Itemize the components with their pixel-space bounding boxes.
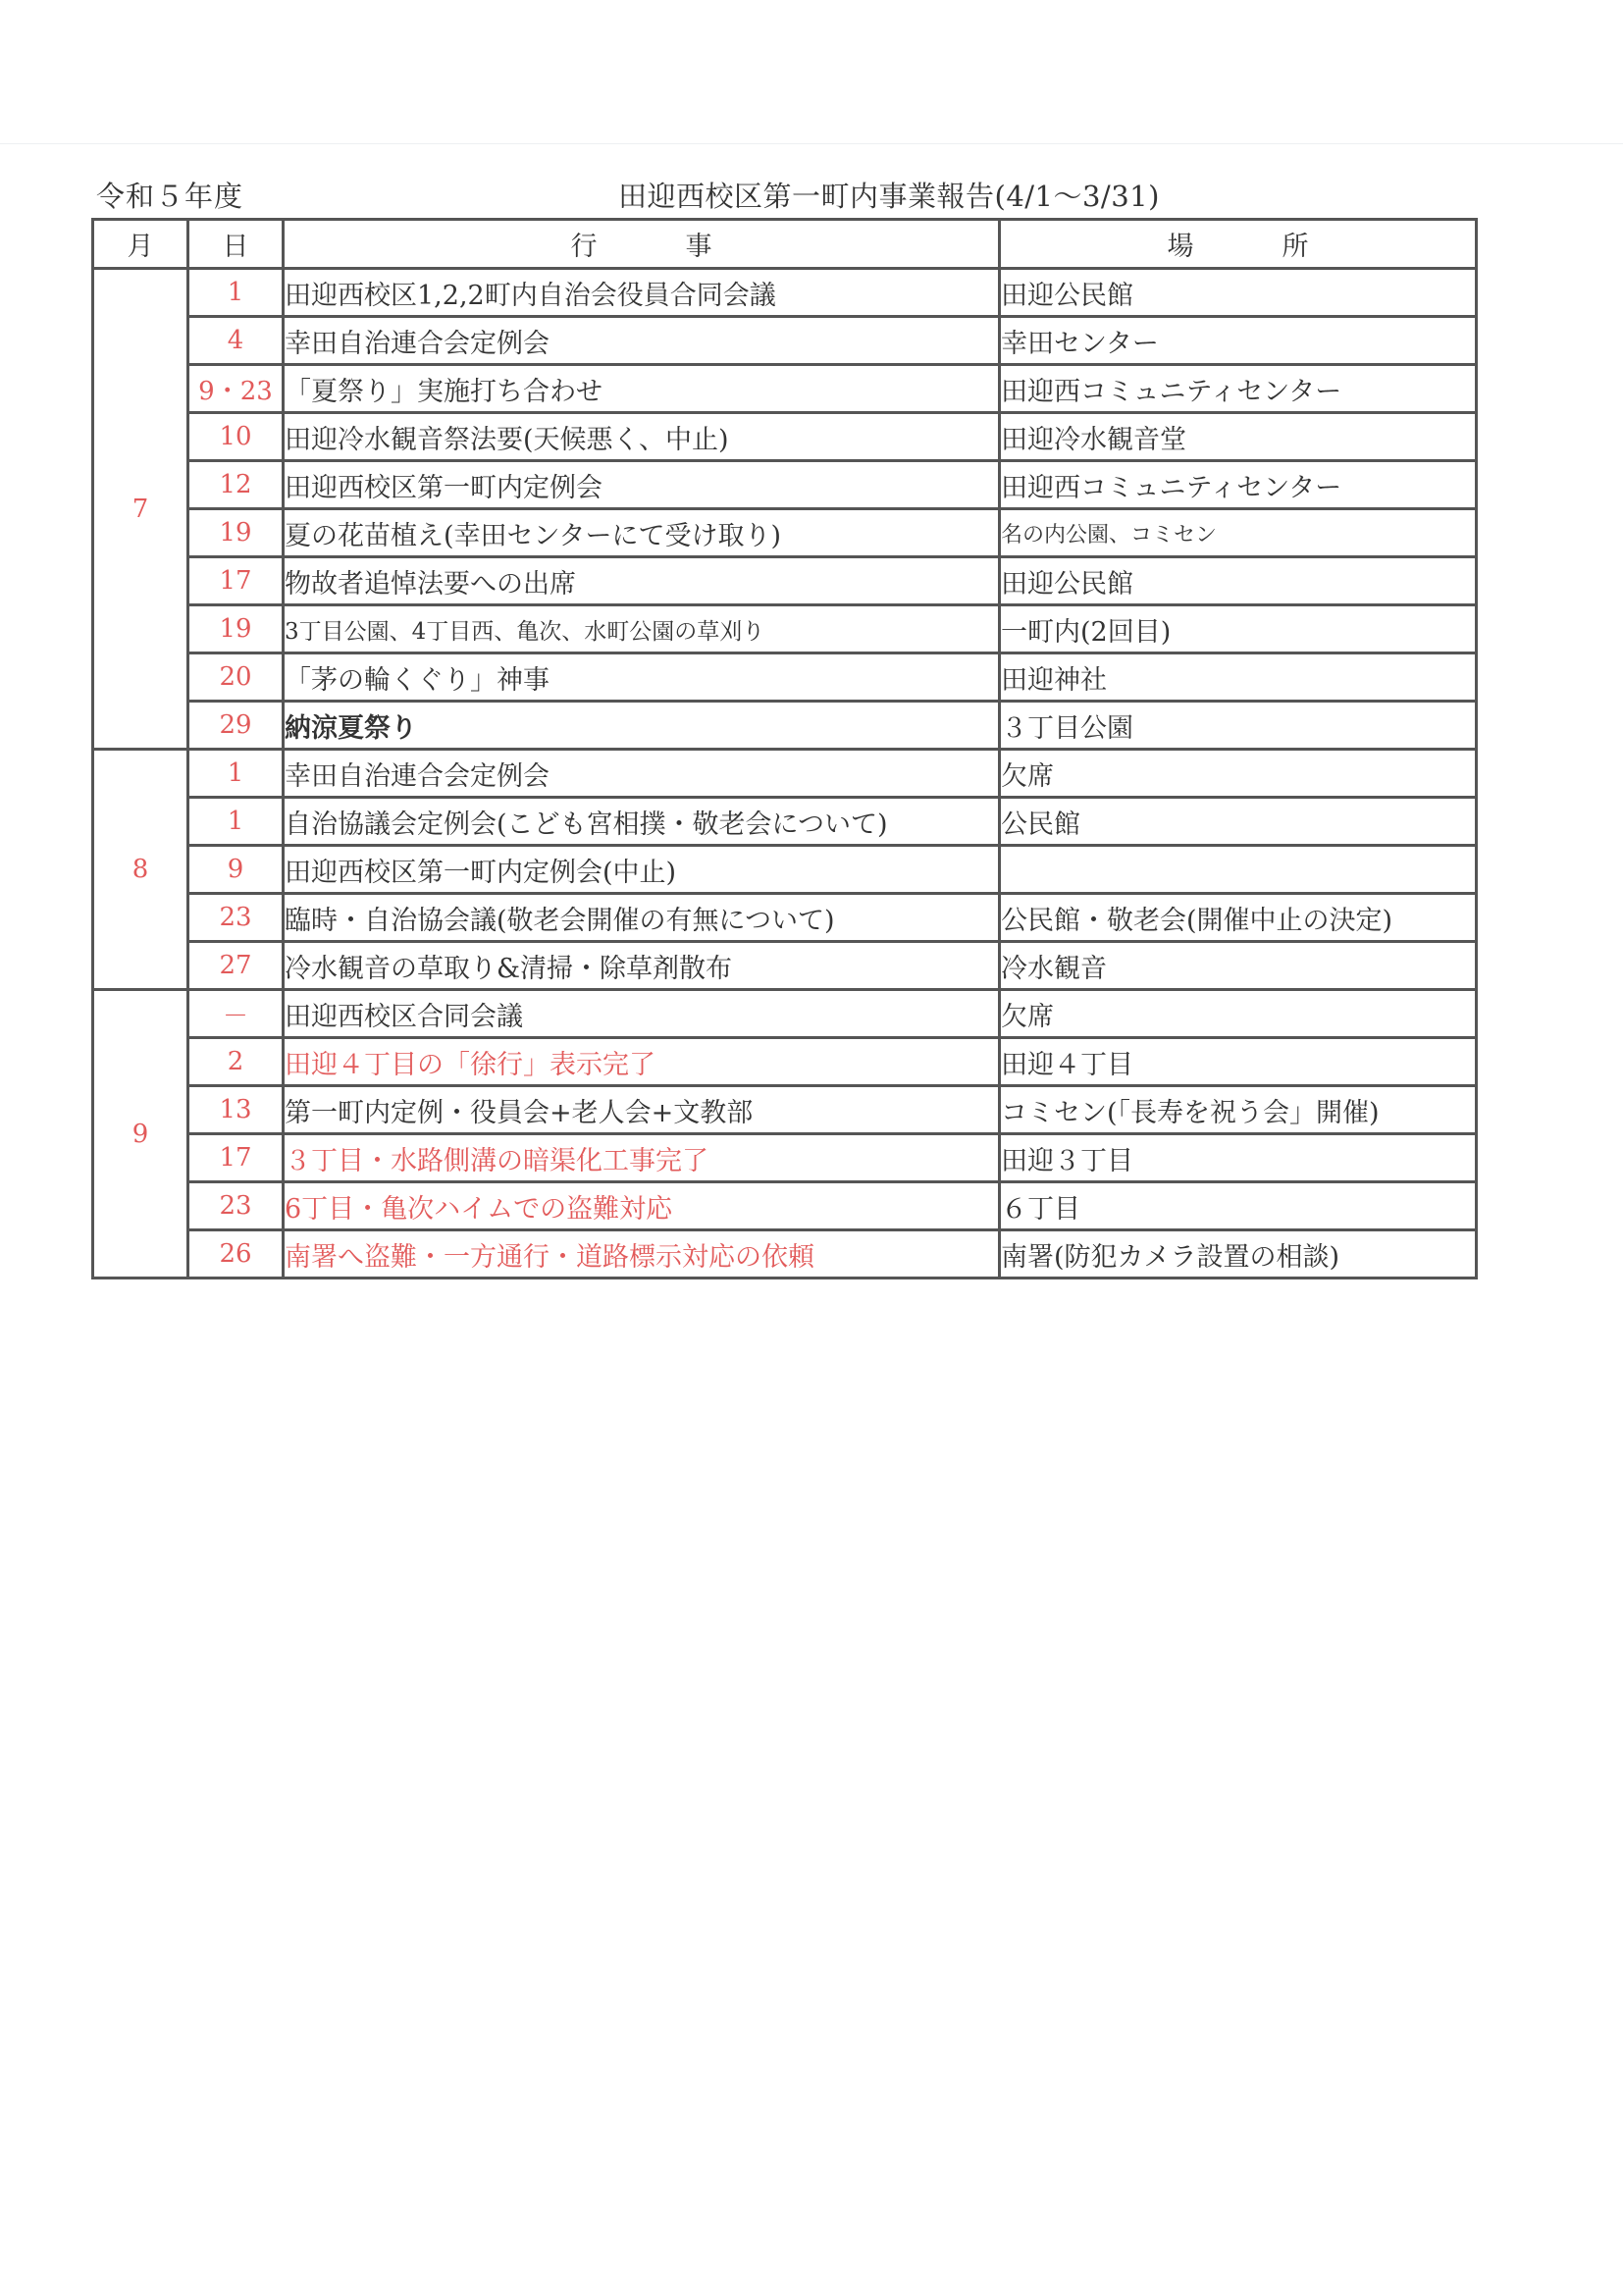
event-cell: 田迎西校区合同会議: [284, 990, 1000, 1038]
event-cell: 「茅の輪くぐり」神事: [284, 653, 1000, 702]
table-row: 26 南署へ盗難・一方通行・道路標示対応の依頼 南署(防犯カメラ設置の相談): [93, 1230, 1477, 1278]
month-cell-august: 8: [93, 750, 188, 990]
day-cell: 10: [188, 413, 284, 461]
place-cell: ３丁目公園: [1000, 702, 1477, 750]
event-cell: 田迎冷水観音祭法要(天候悪く、中止): [284, 413, 1000, 461]
day-cell: 4: [188, 317, 284, 365]
place-cell: 公民館・敬老会(開催中止の決定): [1000, 894, 1477, 942]
table-row: 23 6丁目・亀次ハイムでの盗難対応 ６丁目: [93, 1182, 1477, 1230]
table-header-row: 月 日 行事 場所: [93, 220, 1477, 269]
event-cell: 「夏祭り」実施打ち合わせ: [284, 365, 1000, 413]
table-row: 13 第一町内定例・役員会+老人会+文教部 コミセン(「長寿を祝う会」開催): [93, 1086, 1477, 1134]
event-cell: 物故者追悼法要への出席: [284, 557, 1000, 605]
event-cell: 3丁目公園、4丁目西、亀次、水町公園の草刈り: [284, 605, 1000, 653]
day-cell: 29: [188, 702, 284, 750]
place-cell: 名の内公園、コミセン: [1000, 509, 1477, 557]
table-row: 19 夏の花苗植え(幸田センターにて受け取り) 名の内公園、コミセン: [93, 509, 1477, 557]
place-cell: 田迎西コミュニティセンター: [1000, 365, 1477, 413]
day-cell: 19: [188, 605, 284, 653]
table-row: 29 納涼夏祭り ３丁目公園: [93, 702, 1477, 750]
table-row: 27 冷水観音の草取り&清掃・除草剤散布 冷水観音: [93, 942, 1477, 990]
place-cell: 公民館: [1000, 798, 1477, 846]
event-cell: 田迎西校区1,2,2町内自治会役員合同会議: [284, 269, 1000, 317]
table-row: 1 自治協議会定例会(こども宮相撲・敬老会について) 公民館: [93, 798, 1477, 846]
event-cell: 夏の花苗植え(幸田センターにて受け取り): [284, 509, 1000, 557]
place-cell: 冷水観音: [1000, 942, 1477, 990]
place-cell: コミセン(「長寿を祝う会」開催): [1000, 1086, 1477, 1134]
column-header-place: 場所: [1000, 220, 1477, 269]
day-cell: 23: [188, 1182, 284, 1230]
day-cell: 9・23: [188, 365, 284, 413]
event-cell: 幸田自治連合会定例会: [284, 750, 1000, 798]
place-cell: 田迎公民館: [1000, 557, 1477, 605]
event-cell-highlighted: 田迎４丁目の「徐行」表示完了: [284, 1038, 1000, 1086]
place-cell: ６丁目: [1000, 1182, 1477, 1230]
day-cell: 26: [188, 1230, 284, 1278]
place-cell: 幸田センター: [1000, 317, 1477, 365]
event-cell-highlighted: 南署へ盗難・一方通行・道路標示対応の依頼: [284, 1230, 1000, 1278]
place-cell: 田迎西コミュニティセンター: [1000, 461, 1477, 509]
event-cell: 臨時・自治協会議(敬老会開催の有無について): [284, 894, 1000, 942]
place-cell: 田迎４丁目: [1000, 1038, 1477, 1086]
event-cell: 冷水観音の草取り&清掃・除草剤散布: [284, 942, 1000, 990]
fiscal-year-label: 令和５年度: [96, 175, 243, 215]
day-cell: 23: [188, 894, 284, 942]
event-cell: 自治協議会定例会(こども宮相撲・敬老会について): [284, 798, 1000, 846]
table-row: 20 「茅の輪くぐり」神事 田迎神社: [93, 653, 1477, 702]
day-cell: 19: [188, 509, 284, 557]
event-cell-highlighted: 6丁目・亀次ハイムでの盗難対応: [284, 1182, 1000, 1230]
day-cell: 17: [188, 557, 284, 605]
event-cell: 幸田自治連合会定例会: [284, 317, 1000, 365]
column-header-place-label: 場所: [1079, 232, 1397, 262]
month-cell-september: 9: [93, 990, 188, 1278]
table-row: 19 3丁目公園、4丁目西、亀次、水町公園の草刈り 一町内(2回目): [93, 605, 1477, 653]
place-cell: 欠席: [1000, 990, 1477, 1038]
place-cell: 田迎神社: [1000, 653, 1477, 702]
day-cell: 17: [188, 1134, 284, 1182]
place-cell: 田迎公民館: [1000, 269, 1477, 317]
column-header-month: 月: [93, 220, 188, 269]
table-row: 7 1 田迎西校区1,2,2町内自治会役員合同会議 田迎公民館: [93, 269, 1477, 317]
table-row: 8 1 幸田自治連合会定例会 欠席: [93, 750, 1477, 798]
event-report-table: 月 日 行事 場所 7 1 田迎西校区1,2,2町内自治会役員合同会議 田迎公民…: [91, 218, 1478, 1279]
event-cell: 田迎西校区第一町内定例会(中止): [284, 846, 1000, 894]
event-cell-highlighted: ３丁目・水路側溝の暗渠化工事完了: [284, 1134, 1000, 1182]
table-row: 4 幸田自治連合会定例会 幸田センター: [93, 317, 1477, 365]
column-header-event-label: 行事: [483, 232, 801, 262]
place-cell: 一町内(2回目): [1000, 605, 1477, 653]
day-cell: －: [188, 990, 284, 1038]
table-row: 17 物故者追悼法要への出席 田迎公民館: [93, 557, 1477, 605]
table-row: 2 田迎４丁目の「徐行」表示完了 田迎４丁目: [93, 1038, 1477, 1086]
table-row: 10 田迎冷水観音祭法要(天候悪く、中止) 田迎冷水観音堂: [93, 413, 1477, 461]
event-cell: 納涼夏祭り: [284, 702, 1000, 750]
table-row: 23 臨時・自治協会議(敬老会開催の有無について) 公民館・敬老会(開催中止の決…: [93, 894, 1477, 942]
day-cell: 1: [188, 269, 284, 317]
table-row: 9・23 「夏祭り」実施打ち合わせ 田迎西コミュニティセンター: [93, 365, 1477, 413]
day-cell: 12: [188, 461, 284, 509]
document-title: 田迎西校区第一町内事業報告(4/1～3/31): [618, 175, 1160, 215]
day-cell: 1: [188, 798, 284, 846]
day-cell: 27: [188, 942, 284, 990]
place-cell: [1000, 846, 1477, 894]
table-row: 9 田迎西校区第一町内定例会(中止): [93, 846, 1477, 894]
day-cell: 2: [188, 1038, 284, 1086]
table-row: 12 田迎西校区第一町内定例会 田迎西コミュニティセンター: [93, 461, 1477, 509]
place-cell: 欠席: [1000, 750, 1477, 798]
day-cell: 9: [188, 846, 284, 894]
day-cell: 1: [188, 750, 284, 798]
place-cell: 南署(防犯カメラ設置の相談): [1000, 1230, 1477, 1278]
table-row: 9 － 田迎西校区合同会議 欠席: [93, 990, 1477, 1038]
day-cell: 20: [188, 653, 284, 702]
day-cell: 13: [188, 1086, 284, 1134]
table-row: 17 ３丁目・水路側溝の暗渠化工事完了 田迎３丁目: [93, 1134, 1477, 1182]
column-header-day: 日: [188, 220, 284, 269]
place-cell: 田迎３丁目: [1000, 1134, 1477, 1182]
event-cell: 田迎西校区第一町内定例会: [284, 461, 1000, 509]
month-cell-july: 7: [93, 269, 188, 750]
event-cell: 第一町内定例・役員会+老人会+文教部: [284, 1086, 1000, 1134]
scan-artifact-line: [0, 143, 1623, 144]
column-header-event: 行事: [284, 220, 1000, 269]
place-cell: 田迎冷水観音堂: [1000, 413, 1477, 461]
